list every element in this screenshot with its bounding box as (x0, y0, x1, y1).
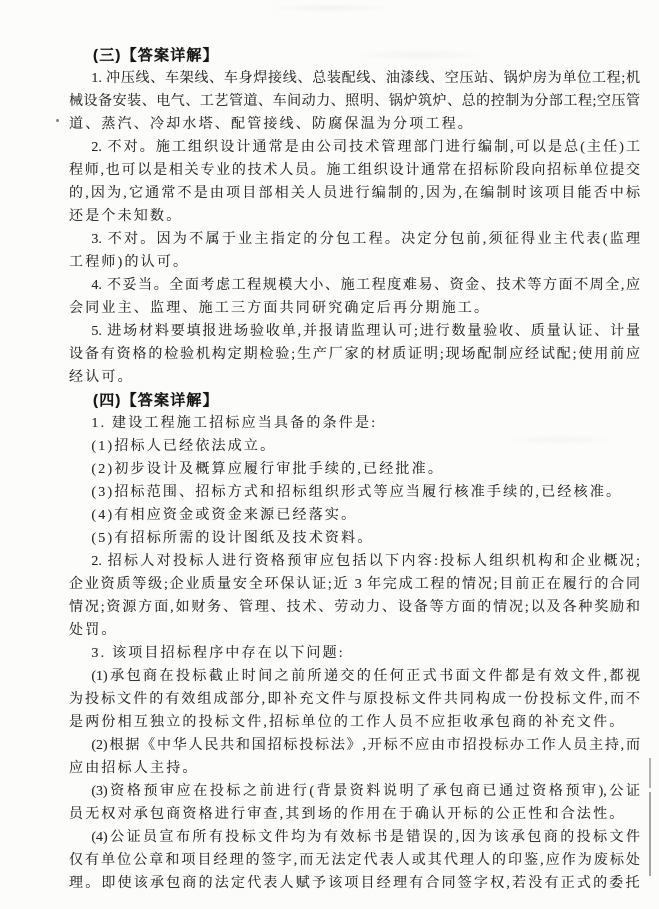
text-line: 企业资质等级;企业质量安全环保认证;近 3 年完成工程的情况;目前正在履行的合同 (69, 573, 640, 596)
text-line: 4. 不妥当。全面考虑工程规模大小、施工程度难易、资金、技术等方面不周全,应 (69, 274, 640, 297)
scan-artifact-dot (96, 648, 98, 650)
document-body: (三)【答案详解】1. 冲压线、车架线、车身焊接线、总装配线、油漆线、空压站、锅… (69, 44, 640, 895)
text-line: 2. 不对。施工组织设计通常是由公司技术管理部门进行编制,可以是总(主任)工 (69, 136, 640, 159)
text-line: 工程师)的认可。 (69, 251, 640, 274)
text-line: (1)承包商在投标截止时间之前所递交的任何正式书面文件都是有效文件,都视 (69, 665, 640, 688)
text-line: 1. 建设工程施工招标应当具备的条件是: (69, 412, 640, 435)
text-line: (3)资格预审应在投标之前进行(背景资料说明了承包商已通过资格预审),公证 (69, 780, 640, 803)
text-line: 还是个未知数。 (69, 205, 640, 228)
text-line: 2. 招标人对投标人进行资格预审应包括以下内容:投标人组织机构和企业概况; (69, 550, 640, 573)
text-line: 3. 不对。因为不属于业主指定的分包工程。决定分包前,须征得业主代表(监理 (69, 228, 640, 251)
scan-artifact-vertical-line (649, 758, 651, 788)
text-line: 程师,也可以是相关专业的技术人员。施工组织设计通常在招标阶段向招标单位提交 (69, 159, 640, 182)
text-line: (3)招标范围、招标方式和招标组织形式等应当履行核准手续的,已经核准。 (69, 481, 640, 504)
text-line: 情况;资源方面,如财务、管理、技术、劳动力、设备等方面的情况;以及各种奖励和 (69, 596, 640, 619)
scan-artifact-vertical-line (649, 792, 651, 876)
text-line: 处罚。 (69, 619, 640, 642)
text-line: (5)有招标所需的设计图纸及技术资料。 (69, 527, 640, 550)
text-line: 为投标文件的有效组成部分,即补充文件与原投标文件共同构成一份投标文件,而不 (69, 688, 640, 711)
text-line: 会同业主、监理、施工三方面共同研究确定后再分期施工。 (69, 297, 640, 320)
text-line: 道、蒸汽、冷却水塔、配管接线、防腐保温为分项工程。 (69, 113, 640, 136)
text-line: 经认可。 (69, 366, 640, 389)
text-line: 仅有单位公章和项目经理的签字,而无法定代表人或其代理人的印鉴,应作为废标处 (69, 849, 640, 872)
text-line: 3. 该项目招标程序中存在以下问题: (69, 642, 640, 665)
text-line: (1)招标人已经依法成立。 (69, 435, 640, 458)
text-line: (4)公证员宣布所有投标文件均为有效标书是错误的,因为该承包商的投标文件 (69, 826, 640, 849)
section-heading: (三)【答案详解】 (69, 44, 640, 67)
text-line: 应由招标人主持。 (69, 757, 640, 780)
scanned-document-page: (三)【答案详解】1. 冲压线、车架线、车身焊接线、总装配线、油漆线、空压站、锅… (0, 0, 659, 909)
scan-artifact-dot (56, 119, 59, 122)
text-line: 5. 进场材料要填报进场验收单,并报请监理认可;进行数量验收、质量认证、计量 (69, 320, 640, 343)
text-line: 械设备安装、电气、工艺管道、车间动力、照明、锅炉筑炉、总的控制为分部工程;空压管 (69, 90, 640, 113)
text-line: 员无权对承包商资格进行审查,其到场的作用在于确认开标的公正性和合法性。 (69, 803, 640, 826)
text-line: (2)根据《中华人民共和国招标投标法》,开标不应由市招投标办工作人员主持,而 (69, 734, 640, 757)
text-line: 是两份相互独立的投标文件,招标单位的工作人员不应拒收承包商的补充文件。 (69, 711, 640, 734)
section-heading: (四)【答案详解】 (69, 389, 640, 412)
text-line: (2)初步设计及概算应履行审批手续的,已经批准。 (69, 458, 640, 481)
text-line: 理。即使该承包商的法定代表人赋予该项目经理有合同签字权,若没有正式的委托 (69, 872, 640, 895)
text-line: 的,因为,它通常不是由项目部相关人员进行编制的,因为,在编制时该项目能否中标 (69, 182, 640, 205)
text-line: (4)有相应资金或资金来源已经落实。 (69, 504, 640, 527)
text-line: 设备有资格的检验机构定期检验;生产厂家的材质证明;现场配制应经试配;使用前应 (69, 343, 640, 366)
text-line: 1. 冲压线、车架线、车身焊接线、总装配线、油漆线、空压站、锅炉房为单位工程;机 (69, 67, 640, 90)
